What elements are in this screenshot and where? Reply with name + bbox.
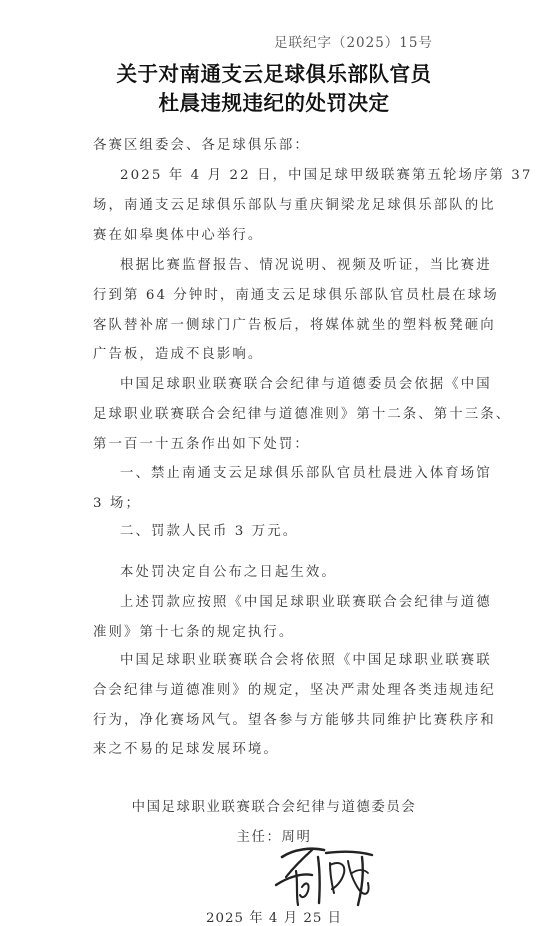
issuing-organization: 中国足球职业联赛联合会纪律与道德委员会 bbox=[0, 796, 548, 815]
paragraph-line: 广告板，造成不良影响。 bbox=[93, 340, 465, 370]
paragraph-line: 合会纪律与道德准则》的规定，坚决严肃处理各类违规违纪 bbox=[93, 676, 465, 706]
paragraph-line: 客队替补席一侧球门广告板后，将媒体就坐的塑料板凳砸向 bbox=[93, 311, 465, 341]
paragraph-line: 足球职业联赛联合会纪律与道德准则》第十二条、第十三条、 bbox=[93, 400, 465, 430]
penalty-item-2: 二、罚款人民币 3 万元。 bbox=[93, 517, 465, 547]
salutation: 各赛区组委会、各足球俱乐部： bbox=[93, 131, 465, 161]
paragraph-line: 3 场； bbox=[93, 489, 465, 519]
paragraph-line: 2025 年 4 月 22 日，中国足球甲级联赛第五轮场序第 37 bbox=[93, 161, 465, 191]
paragraph-line: 上述罚款应按照《中国足球职业联赛联合会纪律与道德 bbox=[93, 588, 465, 618]
paragraph-line: 根据比赛监督报告、情况说明、视频及听证，当比赛进 bbox=[93, 251, 465, 281]
paragraph-effective-date: 本处罚决定自公布之日起生效。 bbox=[93, 558, 465, 588]
paragraph-line: 一、禁止南通支云足球俱乐部队官员杜晨进入体育场馆 bbox=[93, 459, 465, 489]
paragraph-line: 中国足球职业联赛联合会将依照《中国足球职业联赛联 bbox=[93, 646, 465, 676]
paragraph-match-info: 2025 年 4 月 22 日，中国足球甲级联赛第五轮场序第 37 场，南通支云… bbox=[93, 161, 465, 250]
paragraph-line: 场，南通支云足球俱乐部队与重庆铜梁龙足球俱乐部队的比 bbox=[93, 191, 465, 221]
paragraph-line: 准则》第十七条的规定执行。 bbox=[93, 618, 465, 648]
paragraph-line: 行到第 64 分钟时，南通支云足球俱乐部队官员杜晨在球场 bbox=[93, 281, 465, 311]
paragraph-line: 行为，净化赛场风气。望各参与方能够共同维护比赛秩序和 bbox=[93, 706, 465, 736]
paragraph-line: 赛在如皋奥体中心举行。 bbox=[93, 221, 465, 251]
paragraph-fine-execution: 上述罚款应按照《中国足球职业联赛联合会纪律与道德 准则》第十七条的规定执行。 bbox=[93, 588, 465, 648]
paragraph-line: 本处罚决定自公布之日起生效。 bbox=[93, 558, 465, 588]
document-title-line-1: 关于对南通支云足球俱乐部队官员 bbox=[0, 57, 548, 87]
document-number: 足联纪字（2025）15号 bbox=[274, 31, 433, 51]
document-title-line-2: 杜晨违规违纪的处罚决定 bbox=[0, 86, 548, 116]
penalty-item-1: 一、禁止南通支云足球俱乐部队官员杜晨进入体育场馆 3 场； bbox=[93, 459, 465, 519]
salutation-text: 各赛区组委会、各足球俱乐部： bbox=[93, 131, 465, 161]
issue-date: 2025 年 4 月 25 日 bbox=[0, 907, 548, 926]
paragraph-closing: 中国足球职业联赛联合会将依照《中国足球职业联赛联 合会纪律与道德准则》的规定，坚… bbox=[93, 646, 465, 765]
paragraph-line: 来之不易的足球发展环境。 bbox=[93, 735, 465, 765]
paragraph-line: 第一百一十五条作出如下处罚： bbox=[93, 430, 465, 460]
paragraph-line: 中国足球职业联赛联合会纪律与道德委员会依据《中国 bbox=[93, 370, 465, 400]
paragraph-legal-basis: 中国足球职业联赛联合会纪律与道德委员会依据《中国 足球职业联赛联合会纪律与道德准… bbox=[93, 370, 465, 459]
handwritten-signature-icon bbox=[272, 843, 378, 909]
paragraph-incident: 根据比赛监督报告、情况说明、视频及听证，当比赛进 行到第 64 分钟时，南通支云… bbox=[93, 251, 465, 370]
paragraph-line: 二、罚款人民币 3 万元。 bbox=[93, 517, 465, 547]
